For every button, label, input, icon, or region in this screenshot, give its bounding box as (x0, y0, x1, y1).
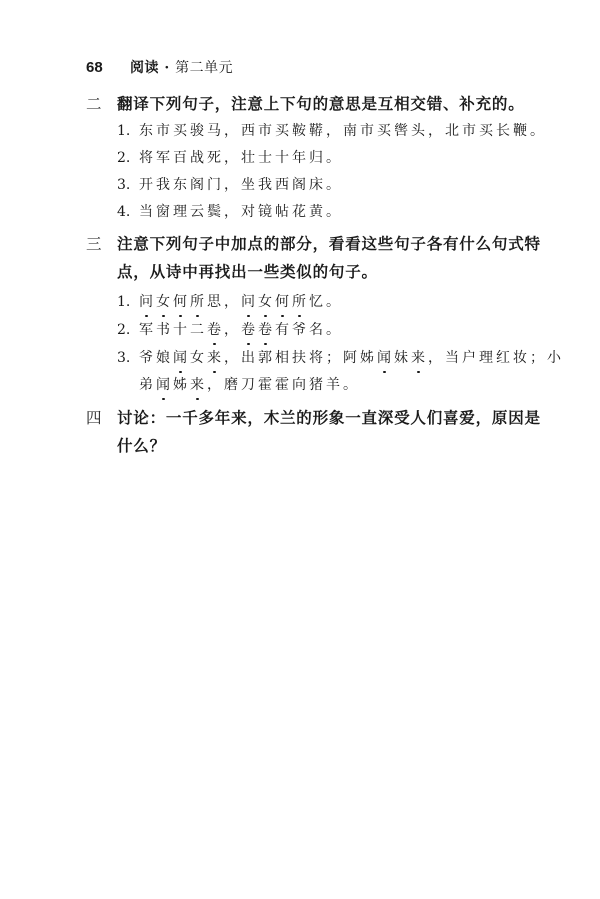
item-number: 4. (117, 202, 139, 222)
dotted-char: 闻 (377, 348, 394, 368)
page-number: 68 (86, 59, 130, 76)
section-2-question: 翻译下列句子，注意上下句的意思是互相交错、补充的。 (117, 94, 525, 114)
item-number: 2. (117, 320, 139, 340)
plain-text: ，磨刀霍霍向猪羊。 (207, 377, 360, 393)
plain-text: 忆。 (309, 294, 343, 310)
item-text: 东市买骏马，西市买鞍鞯，南市买辔头，北市买长鞭。 (139, 123, 547, 139)
plain-text: 姊 (173, 377, 190, 393)
list-item: 3.爷娘闻女来，出郭相扶将；阿姊闻妹来，当户理红妆；小 (117, 348, 564, 368)
section-4-question-line2: 什么？ (117, 436, 166, 456)
section-4-question-line1: 讨论：一千多年来，木兰的形象一直深受人们喜爱，原因是 (117, 408, 541, 428)
section-number-2: 二 (86, 94, 102, 114)
item-text: 开我东阁门，坐我西阁床。 (139, 177, 343, 193)
dotted-char: 来 (207, 348, 224, 368)
list-item: 1.问女何所思，问女何所忆。 (117, 292, 343, 312)
plain-text: 弟 (139, 377, 156, 393)
dotted-char: 闻 (173, 348, 190, 368)
dotted-char: 所 (292, 292, 309, 312)
list-item: 4.当窗理云鬓，对镜帖花黄。 (117, 202, 343, 222)
plain-text: ， (224, 322, 241, 338)
plain-text: ，出郭相扶将；阿姊 (224, 350, 377, 366)
item-number: 1. (117, 292, 139, 312)
dotted-char: 卷 (207, 320, 224, 340)
dotted-char: 卷 (258, 320, 275, 340)
section-3-question-line2: 点，从诗中再找出一些类似的句子。 (117, 262, 378, 282)
plain-text: 有爷名。 (275, 322, 343, 338)
dotted-char: 所 (190, 292, 207, 312)
plain-text: 爷娘 (139, 350, 173, 366)
separator: · (164, 60, 169, 76)
plain-text: 思， (207, 294, 241, 310)
dotted-char: 问 (241, 292, 258, 312)
plain-text: 军书十二 (139, 322, 207, 338)
running-head: 阅读 · 第二单元 (130, 57, 233, 77)
section-number-4: 四 (86, 408, 102, 428)
dotted-char: 女 (258, 292, 275, 312)
unit-title: 第二单元 (175, 60, 233, 76)
dotted-char: 女 (156, 292, 173, 312)
item-number: 3. (117, 348, 139, 368)
section-number-3: 三 (86, 234, 102, 254)
item-number: 2. (117, 148, 139, 168)
page-header: 68 阅读 · 第二单元 (86, 56, 233, 78)
item-text: 将军百战死，壮士十年归。 (139, 150, 343, 166)
plain-text: 女 (190, 350, 207, 366)
item-number: 3. (117, 175, 139, 195)
list-item: 3.开我东阁门，坐我西阁床。 (117, 175, 343, 195)
dotted-char: 来 (190, 375, 207, 395)
list-item: 2.军书十二卷，卷卷有爷名。 (117, 320, 343, 340)
section-3-question-line1: 注意下列句子中加点的部分，看看这些句子各有什么句式特 (117, 234, 541, 254)
item-text: 当窗理云鬓，对镜帖花黄。 (139, 204, 343, 220)
plain-text: ，当户理红妆；小 (428, 350, 564, 366)
dotted-char: 何 (173, 292, 190, 312)
list-item: 1.东市买骏马，西市买鞍鞯，南市买辔头，北市买长鞭。 (117, 121, 547, 141)
dotted-char: 何 (275, 292, 292, 312)
list-item: 2.将军百战死，壮士十年归。 (117, 148, 343, 168)
dotted-char: 闻 (156, 375, 173, 395)
plain-text: 妹 (394, 350, 411, 366)
dotted-char: 问 (139, 292, 156, 312)
dotted-char: 卷 (241, 320, 258, 340)
dotted-char: 来 (411, 348, 428, 368)
item-number: 1. (117, 121, 139, 141)
section-title: 阅读 (130, 60, 159, 76)
list-item-continuation: 弟闻姊来，磨刀霍霍向猪羊。 (139, 375, 360, 395)
